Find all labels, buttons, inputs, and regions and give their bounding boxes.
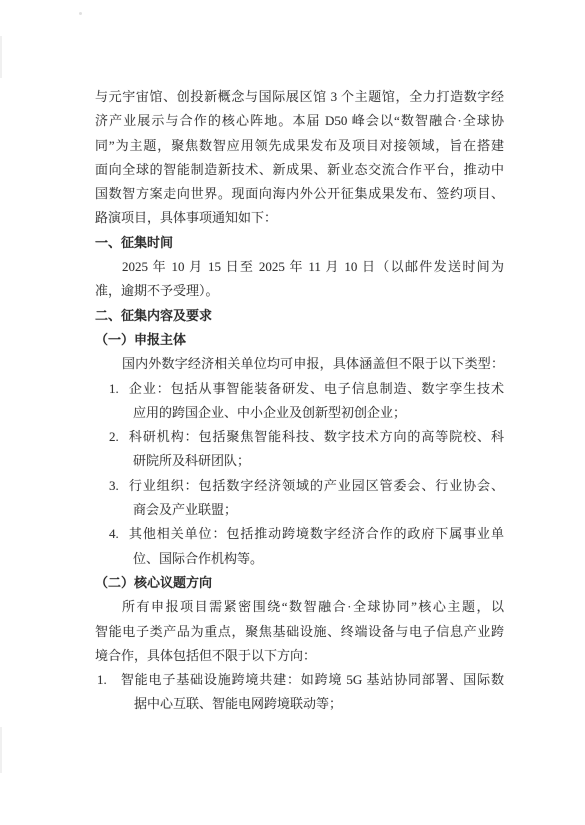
text-line: 3.行业组织：包括数字经济领域的产业园区管委会、行业协会、 bbox=[95, 474, 504, 498]
scan-artifact-dot bbox=[79, 12, 82, 15]
heading-line: （二）核心议题方向 bbox=[95, 571, 504, 595]
text-line: 国数智方案走向世界。现面向海内外公开征集成果发布、签约项目、 bbox=[95, 182, 504, 206]
text-line: 2025 年 10 月 15 日至 2025 年 11 月 10 日（以邮件发送… bbox=[95, 255, 504, 279]
text-line: 同”为主题，聚焦数智应用领先成果发布及项目对接领域，旨在搭建 bbox=[95, 134, 504, 158]
heading-line: （一）申报主体 bbox=[95, 328, 504, 352]
heading-line: 一、征集时间 bbox=[95, 231, 504, 255]
scan-artifact-edge-bottom bbox=[0, 727, 2, 773]
text-line: 路演项目，具体事项通知如下： bbox=[95, 206, 504, 230]
list-marker: 1. bbox=[97, 668, 120, 692]
text-line: 研院所及科研团队； bbox=[95, 449, 504, 473]
text-line: 境合作，具体包括但不限于以下方向： bbox=[95, 644, 504, 668]
scan-artifact-edge-top bbox=[0, 36, 2, 78]
list-marker: 2. bbox=[109, 425, 128, 449]
text-block: 与元宇宙馆、创投新概念与国际展区馆 3 个主题馆，全力打造数字经济产业展示与合作… bbox=[95, 85, 504, 717]
list-marker: 3. bbox=[109, 474, 128, 498]
text-line: 4.其他相关单位：包括推动跨境数字经济合作的政府下属事业单 bbox=[95, 522, 504, 546]
text-line: 准，逾期不予受理）。 bbox=[95, 279, 504, 303]
text-line: 据中心互联、智能电网跨境联动等； bbox=[95, 692, 504, 716]
text-line: 位、国际合作机构等。 bbox=[95, 547, 504, 571]
list-marker: 4. bbox=[109, 522, 128, 546]
text-line: 应用的跨国企业、中小企业及创新型初创企业； bbox=[95, 401, 504, 425]
text-line: 与元宇宙馆、创投新概念与国际展区馆 3 个主题馆，全力打造数字经 bbox=[95, 85, 504, 109]
text-line: 1.企业：包括从事智能装备研发、电子信息制造、数字孪生技术 bbox=[95, 377, 504, 401]
text-line: 商会及产业联盟； bbox=[95, 498, 504, 522]
text-line: 所有申报项目需紧密围绕“数智融合·全球协同”核心主题，以 bbox=[95, 595, 504, 619]
text-line: 济产业展示与合作的核心阵地。本届 D50 峰会以“数智融合·全球协 bbox=[95, 109, 504, 133]
heading-line: 二、征集内容及要求 bbox=[95, 304, 504, 328]
text-line: 2.科研机构：包括聚焦智能科技、数字技术方向的高等院校、科 bbox=[95, 425, 504, 449]
text-line: 1.智能电子基础设施跨境共建：如跨境 5G 基站协同部署、国际数 bbox=[95, 668, 504, 692]
text-line: 智能电子类产品为重点，聚焦基础设施、终端设备与电子信息产业跨 bbox=[95, 620, 504, 644]
list-marker: 1. bbox=[109, 377, 128, 401]
text-line: 面向全球的智能制造新技术、新成果、新业态交流合作平台，推动中 bbox=[95, 158, 504, 182]
text-line: 国内外数字经济相关单位均可申报，具体涵盖但不限于以下类型： bbox=[95, 352, 504, 376]
